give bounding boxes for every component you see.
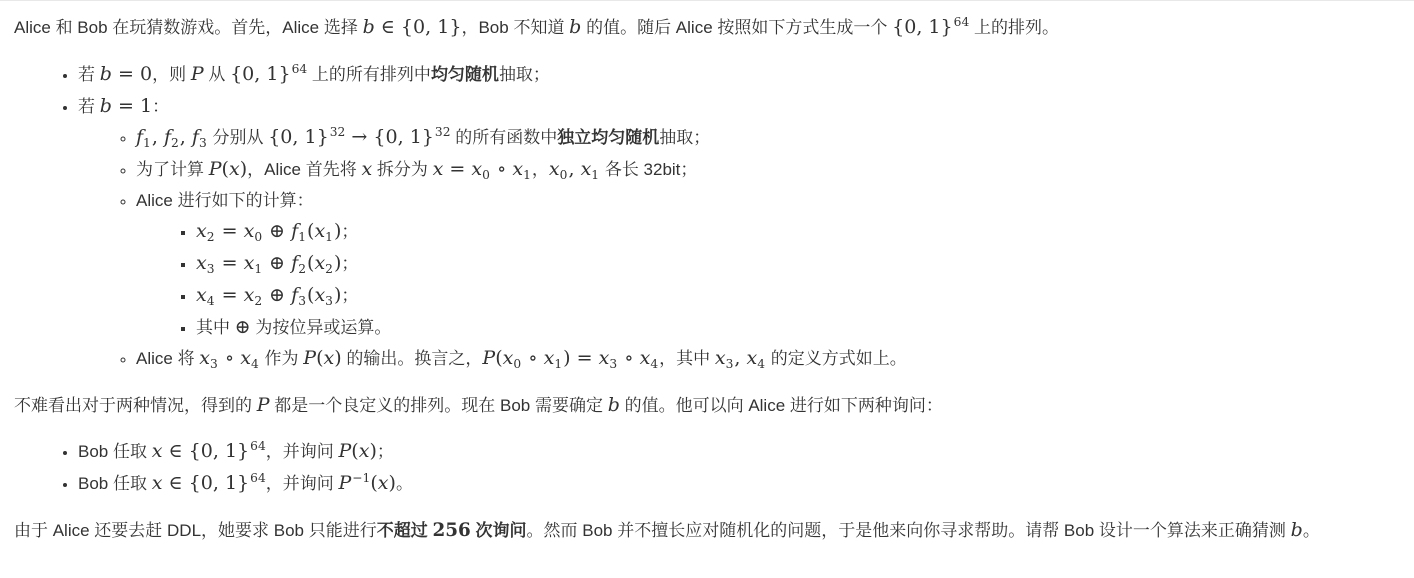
- text-run: 都是一个良定义的排列。现在 Bob 需要确定: [270, 396, 608, 415]
- math-run: (: [370, 472, 377, 494]
- text-run: Alice 和 Bob 在玩猜数游戏。首先，Alice 选择: [14, 18, 363, 37]
- math-subscript: 1: [325, 230, 333, 244]
- case1-steps: f1, f2, f3 分别从 {0, 1}32 → {0, 1}32 的所有函数…: [78, 122, 1400, 375]
- math-variable-run: P: [191, 63, 204, 85]
- math-subscript: 1: [298, 230, 306, 244]
- math-subscript: 2: [254, 294, 262, 308]
- list-item: x3 = x1 ⊕ f2(x2)；: [196, 248, 1400, 280]
- math-run: ∘: [491, 158, 512, 180]
- math-variable-run: x: [199, 347, 210, 369]
- text-run: 。: [396, 474, 413, 493]
- math-run: → {0, 1}: [345, 126, 434, 148]
- math-subscript: 3: [609, 357, 617, 371]
- math-run: ): [389, 472, 396, 494]
- paragraph-final: 由于 Alice 还要去赶 DDL，她要求 Bob 只能进行不超过 256 次询…: [14, 515, 1400, 546]
- list-item: 若 b = 1：f1, f2, f3 分别从 {0, 1}32 → {0, 1}…: [78, 91, 1400, 375]
- text-run: ，并询问: [266, 442, 339, 461]
- text-run: ；: [341, 254, 358, 273]
- math-variable-run: x: [240, 347, 251, 369]
- list-item: x2 = x0 ⊕ f1(x1)；: [196, 216, 1400, 248]
- math-variable-run: x: [433, 158, 444, 180]
- math-run: = 1: [112, 95, 152, 117]
- math-run: =: [216, 284, 244, 306]
- text-run: 上的所有排列中: [307, 65, 431, 84]
- text-run: ：: [152, 97, 169, 116]
- list-item: Bob 任取 x ∈ {0, 1}64，并询问 P−1(x)。: [78, 468, 1400, 500]
- math-run: ∈ {0, 1}: [162, 440, 249, 462]
- math-subscript: 2: [325, 262, 333, 276]
- text-run: 拆分为: [372, 160, 432, 179]
- text-run: 不难看出对于两种情况，得到的: [14, 396, 257, 415]
- math-run: ∈ {0, 1}: [375, 16, 462, 38]
- math-run: ∘: [618, 347, 639, 369]
- math-subscript: 4: [251, 357, 259, 371]
- paragraph-intro: Alice 和 Bob 在玩猜数游戏。首先，Alice 选择 b ∈ {0, 1…: [14, 12, 1400, 44]
- math-run: ⊕: [263, 252, 291, 274]
- math-variable-run: x: [512, 158, 523, 180]
- math-variable-run: x: [229, 158, 240, 180]
- math-subscript: 1: [254, 262, 262, 276]
- text-run: Alice 进行如下的计算：: [136, 191, 314, 210]
- math-variable-run: x: [152, 472, 163, 494]
- math-subscript: 3: [726, 357, 734, 371]
- math-subscript: 3: [298, 294, 306, 308]
- math-run: ) =: [563, 347, 598, 369]
- math-variable-run: b: [1291, 519, 1303, 541]
- problem-statement: Alice 和 Bob 在玩猜数游戏。首先，Alice 选择 b ∈ {0, 1…: [0, 0, 1414, 578]
- math-variable-run: x: [359, 440, 370, 462]
- math-subscript: 1: [554, 357, 562, 371]
- math-variable-run: P: [482, 347, 495, 369]
- math-variable-run: x: [378, 472, 389, 494]
- math-run: {0, 1}: [892, 16, 953, 38]
- math-superscript: 32: [435, 125, 451, 139]
- math-subscript: 1: [523, 168, 531, 182]
- math-subscript: 1: [143, 136, 151, 150]
- text-run: 为按位异或运算。: [251, 318, 392, 337]
- math-subscript: 3: [325, 294, 333, 308]
- text-run: ，并询问: [266, 474, 339, 493]
- text-run: ，Bob 不知道: [461, 18, 569, 37]
- math-variable-run: x: [152, 440, 163, 462]
- math-variable-run: x: [244, 220, 255, 242]
- math-run: {0, 1}: [268, 126, 329, 148]
- math-run: ⊕: [263, 220, 291, 242]
- text-run: ；: [341, 222, 358, 241]
- math-run: =: [216, 220, 244, 242]
- math-run: ): [334, 347, 341, 369]
- text-run: 从: [204, 65, 230, 84]
- math-variable-run: x: [314, 284, 325, 306]
- math-variable-run: f: [136, 126, 143, 148]
- text-run: 分别从: [208, 128, 268, 147]
- math-subscript: 4: [757, 357, 765, 371]
- math-superscript: 64: [954, 15, 970, 29]
- bold-text-run: 次询问: [471, 521, 527, 540]
- math-run: (: [316, 347, 323, 369]
- math-superscript: 32: [330, 125, 346, 139]
- text-run: 各长 32bit；: [600, 160, 697, 179]
- text-run: ，其中: [659, 349, 715, 368]
- math-subscript: 2: [298, 262, 306, 276]
- math-variable-run: x: [196, 220, 207, 242]
- math-subscript: 2: [171, 136, 179, 150]
- text-run: ；: [377, 442, 394, 461]
- math-variable-run: P: [303, 347, 316, 369]
- list-item: f1, f2, f3 分别从 {0, 1}32 → {0, 1}32 的所有函数…: [136, 122, 1400, 154]
- case-list: 若 b = 0，则 P 从 {0, 1}64 上的所有排列中均匀随机抽取；若 b…: [14, 59, 1400, 375]
- bold-text-run: 不超过: [377, 521, 433, 540]
- math-variable-run: x: [196, 252, 207, 274]
- text-run: 抽取；: [659, 128, 710, 147]
- math-run: ⊕: [263, 284, 291, 306]
- math-variable-run: P: [338, 472, 351, 494]
- math-variable-run: x: [544, 347, 555, 369]
- list-item: 其中 ⊕ 为按位异或运算。: [196, 312, 1400, 343]
- math-variable-run: x: [314, 220, 325, 242]
- math-variable-run: P: [257, 394, 270, 416]
- list-item: Alice 将 x3 ∘ x4 作为 P(x) 的输出。换言之，P(x0 ∘ x…: [136, 343, 1400, 375]
- math-run: (: [351, 440, 358, 462]
- query-list: Bob 任取 x ∈ {0, 1}64，并询问 P(x)；Bob 任取 x ∈ …: [14, 436, 1400, 500]
- text-run: 的值。他可以向 Alice 进行如下两种询问：: [620, 396, 943, 415]
- list-item: Bob 任取 x ∈ {0, 1}64，并询问 P(x)；: [78, 436, 1400, 468]
- text-run: ，: [532, 160, 549, 179]
- bold-text-run: 均匀随机: [431, 65, 499, 84]
- math-variable-run: x: [549, 158, 560, 180]
- math-run: (: [222, 158, 229, 180]
- math-variable-run: b: [363, 16, 375, 38]
- math-variable-run: x: [314, 252, 325, 274]
- math-run: ,: [152, 126, 164, 148]
- math-run: =: [216, 252, 244, 274]
- math-variable-run: x: [503, 347, 514, 369]
- math-run: ⊕: [235, 316, 251, 338]
- math-subscript: 4: [207, 294, 215, 308]
- text-run: 的输出。换言之，: [342, 349, 483, 368]
- text-run: 上的排列。: [969, 18, 1059, 37]
- text-run: ，则: [152, 65, 191, 84]
- text-run: 的定义方式如上。: [766, 349, 907, 368]
- text-run: 抽取；: [499, 65, 550, 84]
- math-run: (: [495, 347, 502, 369]
- math-variable-run: x: [640, 347, 651, 369]
- math-superscript: −1: [352, 471, 370, 485]
- math-variable-run: x: [471, 158, 482, 180]
- math-subscript: 0: [254, 230, 262, 244]
- math-run: ∈ {0, 1}: [162, 472, 249, 494]
- math-variable-run: b: [100, 95, 112, 117]
- math-variable-run: x: [599, 347, 610, 369]
- text-run: Bob 任取: [78, 474, 152, 493]
- math-variable-run: b: [100, 63, 112, 85]
- text-run: 若: [78, 65, 100, 84]
- math-variable-run: x: [715, 347, 726, 369]
- text-run: ，Alice 首先将: [247, 160, 361, 179]
- text-run: 。: [1303, 521, 1320, 540]
- math-run: ,: [180, 126, 192, 148]
- math-subscript: 3: [199, 136, 207, 150]
- paragraph-middle: 不难看出对于两种情况，得到的 P 都是一个良定义的排列。现在 Bob 需要确定 …: [14, 390, 1400, 421]
- math-variable-run: x: [747, 347, 758, 369]
- math-subscript: 3: [210, 357, 218, 371]
- math-run: ∘: [522, 347, 543, 369]
- math-variable-run: f: [164, 126, 171, 148]
- math-superscript: 64: [250, 439, 266, 453]
- math-run: {0, 1}: [230, 63, 291, 85]
- math-variable-run: x: [244, 252, 255, 274]
- math-subscript: 2: [207, 230, 215, 244]
- math-run: ,: [734, 347, 746, 369]
- math-variable-run: x: [361, 158, 372, 180]
- math-variable-run: x: [244, 284, 255, 306]
- math-run: = 0: [112, 63, 152, 85]
- math-run: ∘: [219, 347, 240, 369]
- math-variable-run: P: [338, 440, 351, 462]
- list-item: x4 = x2 ⊕ f3(x3)；: [196, 280, 1400, 312]
- math-superscript: 64: [250, 471, 266, 485]
- bold-text-run: 独立均匀随机: [557, 128, 659, 147]
- math-run: =: [443, 158, 471, 180]
- math-variable-run: P: [209, 158, 222, 180]
- math-subscript: 4: [650, 357, 658, 371]
- text-run: Bob 任取: [78, 442, 152, 461]
- math-subscript: 1: [591, 168, 599, 182]
- math-superscript: 64: [292, 62, 308, 76]
- text-run: 的值。随后 Alice 按照如下方式生成一个: [581, 18, 892, 37]
- list-item: 若 b = 0，则 P 从 {0, 1}64 上的所有排列中均匀随机抽取；: [78, 59, 1400, 91]
- math-subscript: 0: [560, 168, 568, 182]
- text-run: 其中: [196, 318, 235, 337]
- math-run: ,: [568, 158, 580, 180]
- text-run: 作为: [260, 349, 303, 368]
- list-item: Alice 进行如下的计算：x2 = x0 ⊕ f1(x1)；x3 = x1 ⊕…: [136, 186, 1400, 343]
- bold-math-run: 256: [432, 520, 470, 541]
- text-run: 。然而 Bob 并不擅长应对随机化的问题，于是他来向你寻求帮助。请帮 Bob 设…: [527, 521, 1291, 540]
- text-run: Alice 将: [136, 349, 199, 368]
- text-run: ；: [341, 286, 358, 305]
- text-run: 由于 Alice 还要去赶 DDL，她要求 Bob 只能进行: [14, 521, 377, 540]
- text-run: 若: [78, 97, 100, 116]
- math-run: ): [369, 440, 376, 462]
- math-variable-run: b: [569, 16, 581, 38]
- math-subscript: 0: [513, 357, 521, 371]
- math-variable-run: x: [196, 284, 207, 306]
- math-variable-run: b: [608, 394, 620, 416]
- math-variable-run: x: [581, 158, 592, 180]
- text-run: 的所有函数中: [450, 128, 557, 147]
- computation-list: x2 = x0 ⊕ f1(x1)；x3 = x1 ⊕ f2(x2)；x4 = x…: [136, 216, 1400, 343]
- list-item: 为了计算 P(x)，Alice 首先将 x 拆分为 x = x0 ∘ x1，x0…: [136, 154, 1400, 186]
- math-subscript: 0: [482, 168, 490, 182]
- math-variable-run: f: [192, 126, 199, 148]
- math-variable-run: x: [324, 347, 335, 369]
- math-subscript: 3: [207, 262, 215, 276]
- text-run: 为了计算: [136, 160, 209, 179]
